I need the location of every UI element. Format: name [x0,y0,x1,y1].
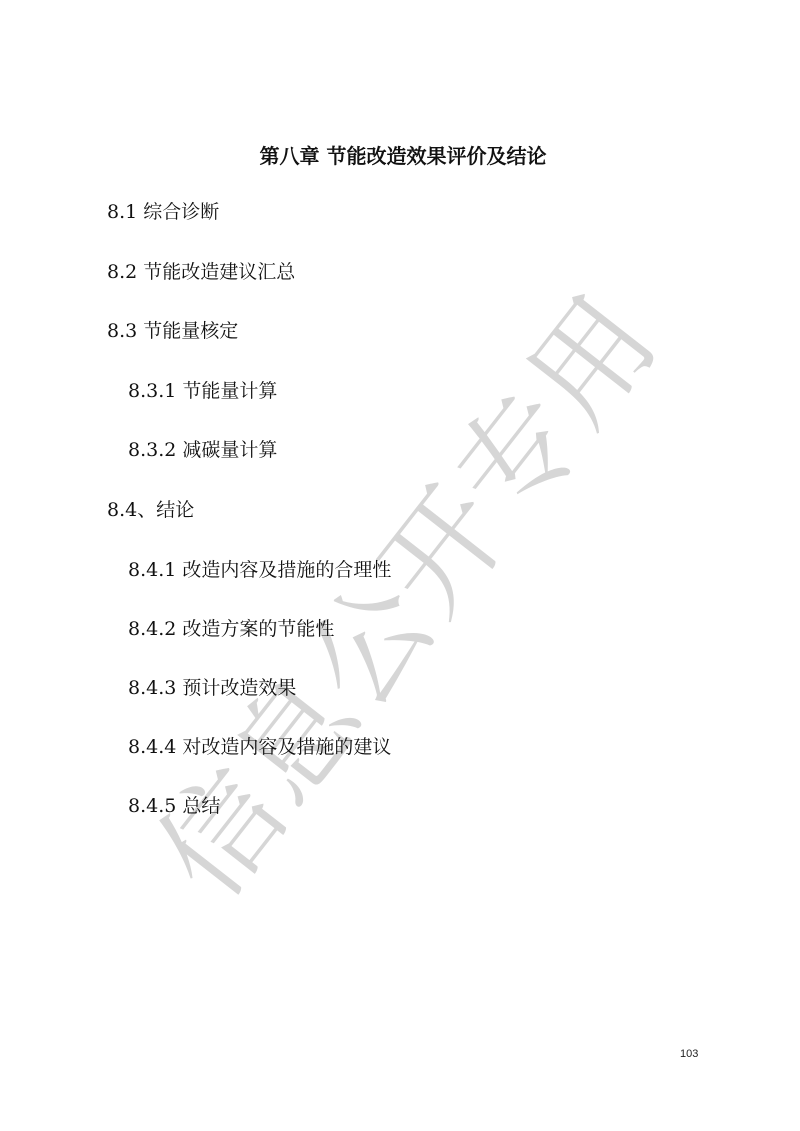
page-number: 103 [680,1048,698,1060]
toc-item-8-4-1: 8.4.1 改造内容及措施的合理性 [128,556,391,584]
toc-item-8-4-5: 8.4.5 总结 [128,792,220,820]
toc-item-8-3-2: 8.3.2 减碳量计算 [128,436,277,464]
toc-item-8-4-4: 8.4.4 对改造内容及措施的建议 [128,733,391,761]
toc-item-8-4: 8.4、结论 [107,496,194,524]
toc-item-8-2: 8.2 节能改造建议汇总 [107,258,295,286]
document-page: 信息公开专用 第八章 节能改造效果评价及结论 8.1 综合诊断 8.2 节能改造… [0,0,800,1131]
chapter-title: 第八章 节能改造效果评价及结论 [0,140,800,169]
toc-item-8-3: 8.3 节能量核定 [107,317,238,345]
toc-item-8-4-2: 8.4.2 改造方案的节能性 [128,615,334,643]
watermark: 信息公开专用 [111,254,688,926]
toc-item-8-3-1: 8.3.1 节能量计算 [128,377,277,405]
toc-item-8-1: 8.1 综合诊断 [107,198,219,226]
toc-item-8-4-3: 8.4.3 预计改造效果 [128,674,296,702]
